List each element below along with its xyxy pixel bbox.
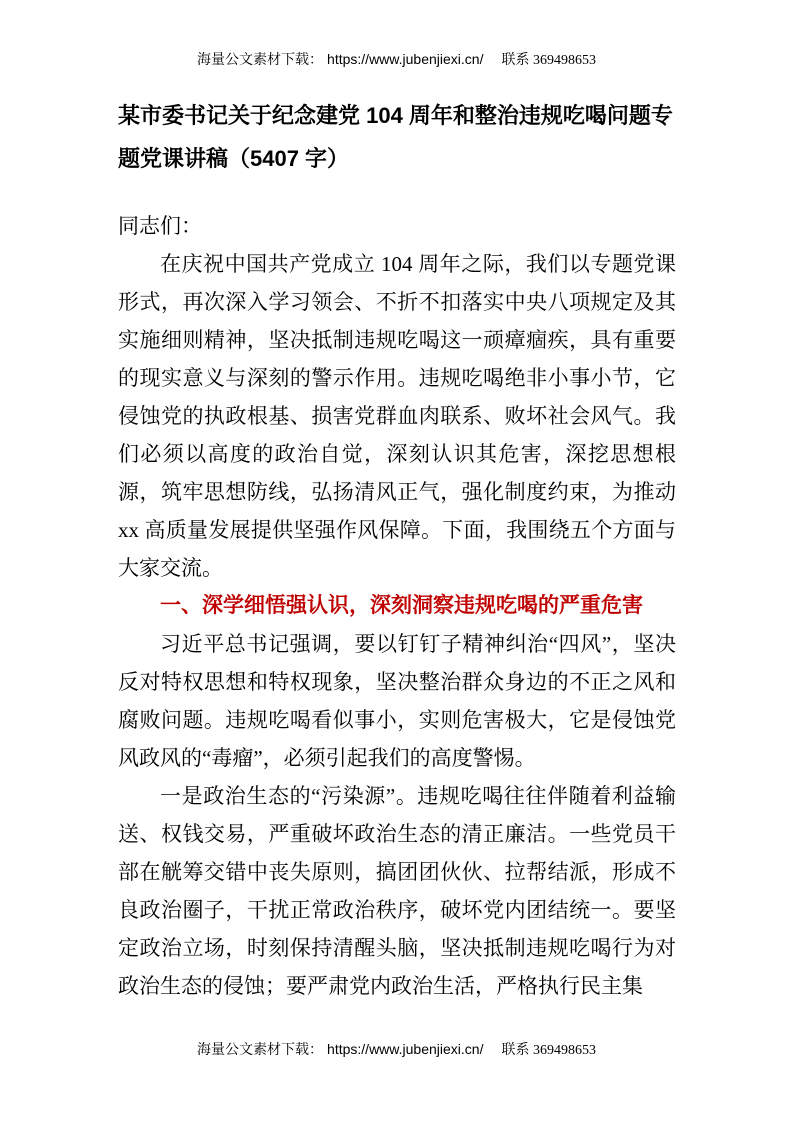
- footer-banner-label: 海量公文素材下载：: [197, 1043, 323, 1058]
- header-banner-contact: 联系 369498653: [501, 53, 596, 68]
- header-banner-label: 海量公文素材下载：: [197, 53, 323, 68]
- section-heading-1: 一、深学细悟强认识，深刻洞察违规吃喝的严重危害: [118, 587, 676, 625]
- paragraph-political-ecology: 一是政治生态的“污染源”。违规吃喝往往伴随着利益输送、权钱交易，严重破坏政治生态…: [118, 777, 676, 1005]
- header-banner: 海量公文素材下载：https://www.jubenjiexi.cn/联系 36…: [0, 50, 793, 70]
- document-body: 某市委书记关于纪念建党 104 周年和整治违规吃喝问题专题党课讲稿（5407 字…: [0, 0, 793, 1005]
- document-title: 某市委书记关于纪念建党 104 周年和整治违规吃喝问题专题党课讲稿（5407 字…: [118, 94, 676, 180]
- footer-banner: 海量公文素材下载：https://www.jubenjiexi.cn/联系 36…: [0, 1040, 793, 1060]
- footer-banner-url: https://www.jubenjiexi.cn/: [327, 1041, 483, 1057]
- header-banner-url: https://www.jubenjiexi.cn/: [327, 51, 483, 67]
- footer-banner-contact: 联系 369498653: [501, 1043, 596, 1058]
- document-page: 海量公文素材下载：https://www.jubenjiexi.cn/联系 36…: [0, 0, 793, 1122]
- paragraph-intro: 在庆祝中国共产党成立 104 周年之际，我们以专题党课形式，再次深入学习领会、不…: [118, 245, 676, 587]
- paragraph-xi-emphasis: 习近平总书记强调，要以钉钉子精神纠治“四风”，坚决反对特权思想和特权现象，坚决整…: [118, 625, 676, 777]
- salutation: 同志们：: [118, 207, 676, 245]
